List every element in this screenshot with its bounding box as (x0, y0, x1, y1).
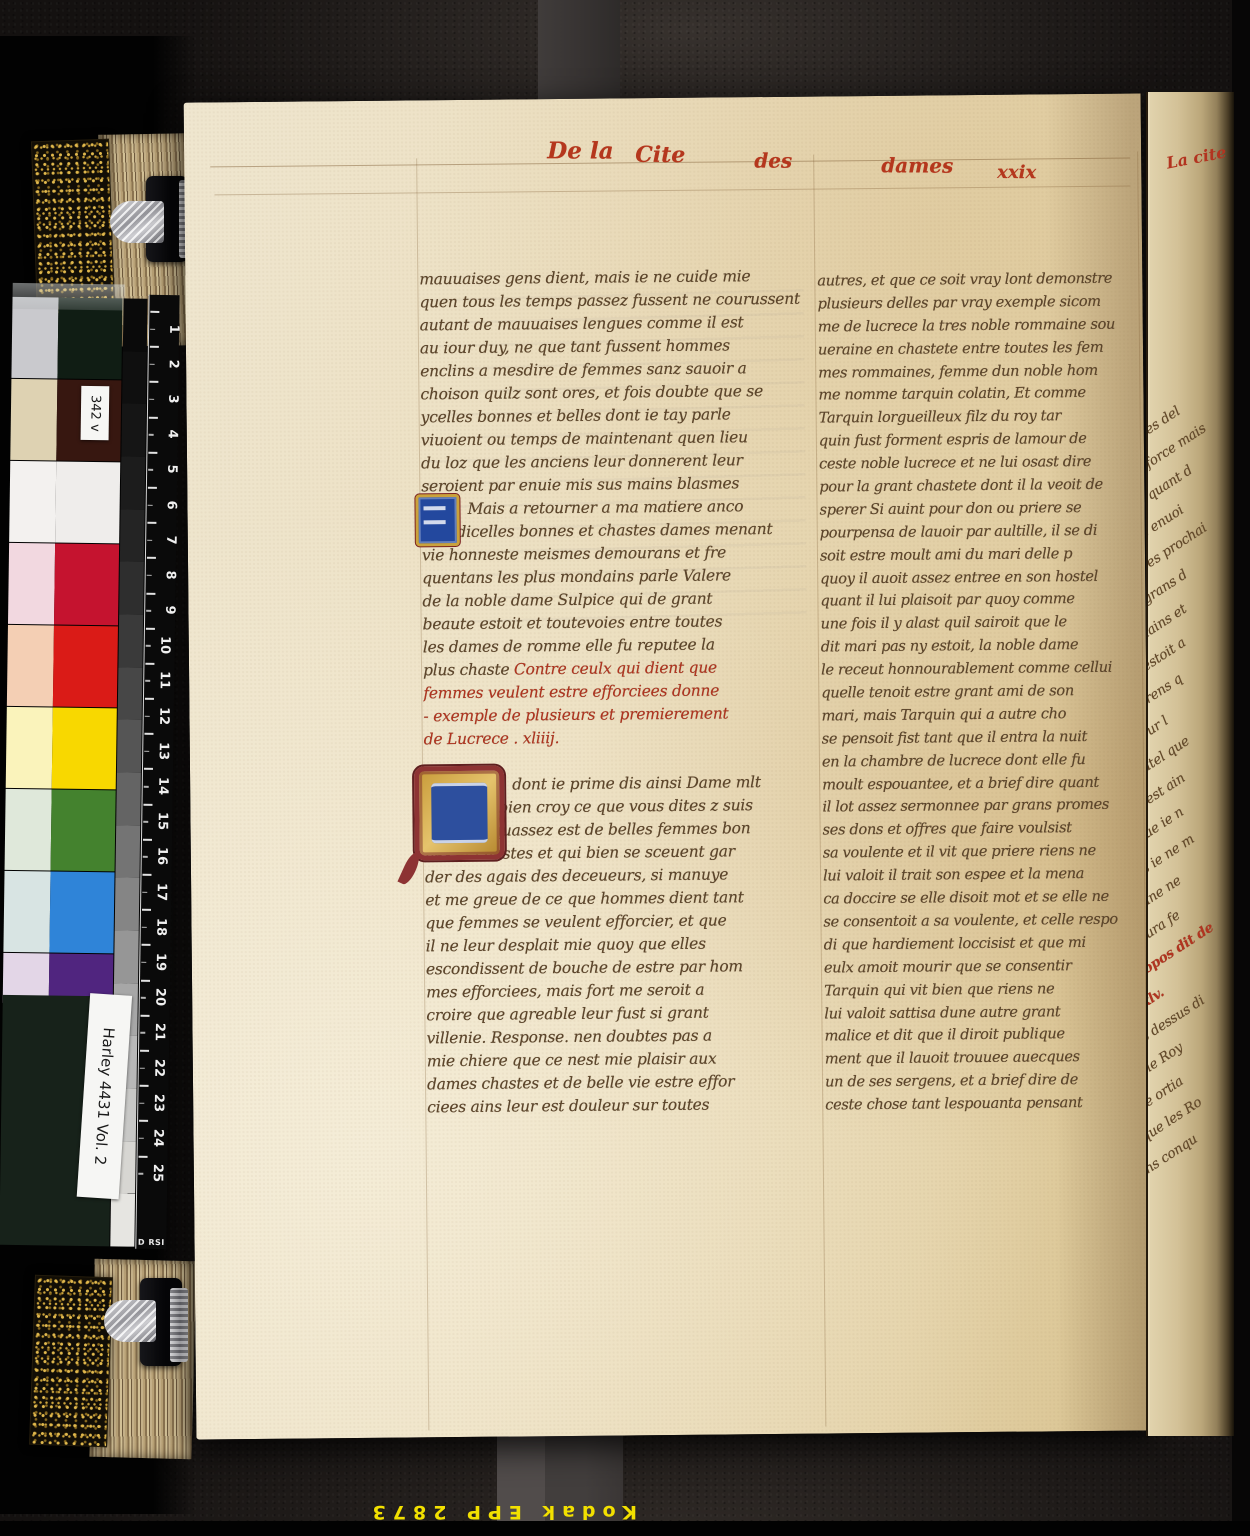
ink-text: sa voulente et il vit que priere riens n… (823, 842, 1096, 862)
binder-clip-bar-bottom (170, 1288, 188, 1362)
ruler-tick: 2 (148, 346, 178, 382)
ink-text: quen tous les temps passez fussent ne co… (419, 290, 800, 312)
ink-text: autant de mauuaises lengues comme il est (420, 313, 744, 334)
gray-step (122, 351, 147, 404)
ink-text: moult espouantee, et a brief dire quant (822, 773, 1099, 793)
manuscript-line: pour la grant chastete dont il la veoit … (819, 475, 1143, 501)
ink-text: ca doccire se elle disoit mot et se elle… (823, 888, 1109, 908)
ink-text: quin fust forment espris de lamour de (819, 430, 1087, 450)
ink-text: le receut honnourablement comme cellui (821, 659, 1112, 679)
manuscript-line: le receut honnourablement comme cellui (821, 659, 1145, 685)
ruler-tick: 7 (146, 522, 176, 558)
ink-text: quelle tenoit estre grant ami de son (821, 682, 1074, 701)
manuscript-line: une fois il y alast quil sairoit que le (821, 613, 1145, 639)
ink-text: quoy il auoit assez entree en son hostel (820, 567, 1098, 587)
ink-text: enclins a mesdire de femmes sanz sauoir … (420, 359, 747, 380)
manuscript-line: ueraine en chastete entre toutes les fem (818, 338, 1142, 364)
manuscript-line: mes rommaines, femme dun noble hom (818, 361, 1142, 387)
ruler-tick: 14 (142, 768, 172, 804)
ink-text: se pensoit fist tant que il entra la nui… (822, 728, 1087, 748)
ink-text: dames chastes et de belle vie estre effo… (427, 1072, 735, 1093)
rubric-text: de Lucrece . xliiij. (424, 729, 560, 748)
ruler-tick: 1 (149, 311, 179, 347)
ink-text: Mais a retourner a ma matiere anco (467, 497, 743, 518)
ink-text: en la chambre de lucrece dont elle fu (822, 751, 1086, 771)
ink-text: dit mari pas ny estoit, la noble dame (821, 636, 1079, 655)
ink-text: plusieurs delles par vray exemple sicom (817, 293, 1100, 313)
manuscript-line: soit estre moult ami du mari delle p (820, 544, 1144, 570)
ink-text: der des agais des deceueurs, si manuye (425, 865, 728, 886)
gray-step (121, 404, 146, 457)
manuscript-line: lui valoit il trait son espee et la mena (823, 865, 1147, 891)
saturated-color-patch (55, 462, 120, 544)
ink-text: malice et dit que il diroit publique (825, 1026, 1065, 1045)
ink-text: croire que agreable leur fust si grant (426, 1004, 708, 1025)
gray-step (116, 772, 141, 825)
running-title-word: des (754, 148, 792, 172)
ink-text: pourpensa de lauoir par aultille, il se … (820, 522, 1098, 542)
gray-step (119, 562, 144, 615)
manuscript-line: sperer Si auint pour don ou priere se (819, 498, 1143, 524)
color-calibration-bar: 1234567891011121314151617181920212223242… (0, 285, 179, 1249)
running-title-word: dames (881, 153, 953, 177)
ink-text: me nomme tarquin colatin, Et comme (818, 384, 1085, 404)
ink-text: di que hardiement loccisist et que mi (824, 934, 1086, 954)
running-title-word: xxix (997, 162, 1036, 183)
manuscript-line: plusieurs delles par vray exemple sicom (817, 292, 1141, 318)
ink-text: ueraine en chastete entre toutes les fem (818, 338, 1103, 358)
ink-text: beaute estoit et toutevoies entre toutes (423, 612, 723, 633)
pale-color-patch (10, 379, 57, 461)
ink-text: quentans les plus mondains parle Valere (422, 566, 731, 587)
manuscript-line: dit mari pas ny estoit, la noble dame (821, 636, 1145, 662)
illuminated-initial-small (415, 494, 459, 546)
saturated-color-patch (54, 544, 119, 626)
color-patch-row (3, 871, 114, 955)
frame-edge-bar (0, 1521, 1250, 1536)
ruler-tick: 15 (142, 803, 172, 839)
ink-text: dont ie prime dis ainsi Dame mlt (512, 773, 761, 793)
ink-text: pour la grant chastete dont il la veoit … (819, 476, 1103, 496)
manuscript-line: lui valoit sattisa dune autre grant (824, 1002, 1148, 1028)
gray-step (114, 930, 139, 983)
manuscript-line: un de ses sergens, et a brief dire de (825, 1071, 1149, 1097)
photograph-scene: De laCitedesdamesxxix mauuaises gens die… (0, 0, 1250, 1536)
ink-text: eulx amoit mourir que se consentir (824, 957, 1072, 976)
manuscript-line: mari, mais Tarquin qui a autre cho (821, 704, 1145, 730)
gilt-binding-corner-bottom (29, 1275, 113, 1448)
manuscript-line: quelle tenoit estre grant ami de son (821, 681, 1145, 707)
ink-text: sperer Si auint pour don ou priere se (819, 499, 1081, 519)
ink-text: ceste chose tant lespouanta pensant (825, 1094, 1082, 1113)
ink-text: de la noble dame Sulpice qui de grant (422, 590, 712, 611)
color-patch-row (6, 707, 117, 791)
manuscript-page-342v: De laCitedesdamesxxix mauuaises gens die… (184, 93, 1154, 1439)
color-patch-row (9, 461, 120, 545)
ink-text: seroient par enuie mis sus mains blasmes (421, 474, 739, 495)
manuscript-line: se pensoit fist tant que il entra la nui… (822, 727, 1146, 753)
manuscript-line: quant il lui plaisoit par quoy comme (820, 590, 1144, 616)
pale-color-patch (5, 789, 52, 871)
facing-page-edge: La cite uoit ace parolles delast souffri… (1146, 92, 1234, 1436)
ink-text: les dames de romme elle fu reputee la (423, 636, 715, 657)
manuscript-line: me nomme tarquin colatin, Et comme (818, 384, 1142, 410)
running-title-word: De la (547, 137, 613, 164)
ruler-tick: 6 (146, 487, 176, 523)
ink-text: se consentoit a sa voulente, et celle re… (823, 911, 1117, 931)
ruler-tick: 8 (145, 557, 175, 593)
ink-text: il lot assez sermonnee par grans promes (822, 796, 1109, 816)
ink-text: me de lucrece la tres noble rommaine sou (818, 315, 1115, 335)
ink-text: bien croy ce que vous dites z suis (498, 796, 753, 816)
pale-color-patch (7, 625, 54, 707)
manuscript-line: Tarquin qui vit bien que riens ne (824, 979, 1148, 1005)
ink-text: que femmes se veulent efforcier, et que (425, 911, 726, 932)
running-title-word: Cite (635, 142, 685, 168)
ruler-tick: 21 (139, 1014, 169, 1050)
pale-color-patch (9, 461, 56, 543)
manuscript-line: ca doccire se elle disoit mot et se elle… (823, 887, 1147, 913)
ruler-tick: 20 (140, 979, 170, 1015)
ink-text: choison quilz sont ores, et fois doubte … (420, 382, 763, 403)
film-edge-marking: Kodak EPP 2873 (292, 1497, 637, 1523)
manuscript-line: sa voulente et il vit que priere riens n… (823, 842, 1147, 868)
ink-text: escondissent de bouche de estre par hom (426, 957, 743, 978)
gray-step (121, 456, 146, 509)
ink-text: une fois il y alast quil sairoit que le (821, 614, 1067, 633)
manuscript-line: malice et dit que il diroit publique (825, 1025, 1149, 1051)
gray-step (120, 509, 145, 562)
ink-text: au iour duy, ne que tant fussent hommes (420, 336, 730, 357)
gray-step (115, 825, 140, 878)
manuscript-line: me de lucrece la tres noble rommaine sou (818, 315, 1142, 341)
ink-text: plus chaste (423, 660, 514, 679)
ink-text: ycelles bonnes et belles dont ie tay par… (421, 405, 731, 426)
gray-step (115, 878, 140, 931)
illuminated-initial-large (414, 766, 505, 861)
ink-text: il ne leur desplait mie quoy que elles (426, 935, 706, 956)
ruler-tick: 5 (147, 452, 177, 488)
color-patch-row (5, 789, 116, 873)
text-column-right: autres, et que ce soit vray lont demonst… (817, 269, 1149, 1119)
saturated-color-patch (51, 789, 116, 871)
ink-text: lui valoit il trait son espee et la mena (823, 865, 1084, 885)
manuscript-line: quin fust forment espris de lamour de (819, 430, 1143, 456)
ink-text: quant il lui plaisoit par quoy comme (820, 591, 1074, 610)
manuscript-line: autres, et que ce soit vray lont demonst… (817, 269, 1141, 295)
color-patch-row (8, 543, 119, 627)
binder-clip-lever-top (110, 201, 164, 243)
manuscript-line: Tarquin lorgueilleux filz du roy tar (819, 407, 1143, 433)
saturated-color-patch (53, 625, 118, 707)
manuscript-line: moult espouantee, et a brief dire quant (822, 773, 1146, 799)
manuscript-line: ceste chose tant lespouanta pensant (825, 1093, 1149, 1119)
pale-color-patch (3, 871, 50, 953)
ink-text: lui valoit sattisa dune autre grant (824, 1003, 1060, 1022)
ruler-tick: 18 (141, 909, 171, 945)
text-column-left: mauuaises gens dient, mais ie ne cuide m… (419, 267, 821, 1122)
manuscript-line: ses dons et offres que faire voulsist (823, 819, 1147, 845)
ink-text: autres, et que ce soit vray lont demonst… (817, 270, 1112, 290)
running-title: De laCitedesdamesxxix (547, 137, 1047, 194)
ink-text: ceste noble lucrece et ne lui osast dire (819, 453, 1091, 473)
manuscript-line: il lot assez sermonnee par grans promes (822, 796, 1146, 822)
pale-color-patch (8, 543, 55, 625)
folio-number-sticker: 342 v (81, 386, 110, 440)
ink-text: Tarquin lorgueilleux filz du roy tar (819, 408, 1062, 427)
ruler-tick: 12 (143, 698, 173, 734)
ink-text: Tarquin qui vit bien que riens ne (824, 980, 1054, 999)
manuscript-line: ciees ains leur est douleur sur toutes (427, 1095, 821, 1122)
ruler-tick: 11 (144, 663, 174, 699)
ink-text: viuoient ou temps de maintenant quen lie… (421, 428, 748, 449)
manuscript-line: ment que il lauoit trouuee auecques (825, 1048, 1149, 1074)
ink-text: du loz que les anciens leur donnerent le… (421, 451, 743, 472)
manuscript-line: ceste noble lucrece et ne lui osast dire (819, 453, 1143, 479)
gray-step (110, 1194, 135, 1247)
binder-clip-lever-bottom (104, 1300, 156, 1342)
book-cradle-strap-top (538, 0, 620, 104)
right-edge-shadow (1232, 0, 1250, 1536)
manuscript-line: pourpensa de lauoir par aultille, il se … (820, 521, 1144, 547)
gray-step (118, 614, 143, 667)
color-patch-row (7, 625, 118, 709)
ink-text: re dicelles bonnes et chastes dames mena… (436, 520, 773, 541)
ruler-tick: 17 (141, 874, 171, 910)
ruler-tick: 4 (147, 416, 177, 452)
ruler-tick: 16 (142, 839, 172, 875)
saturated-color-patch (49, 871, 114, 953)
manuscript-line: quoy il auoit assez entree en son hostel (820, 567, 1144, 593)
gray-step (118, 667, 143, 720)
manuscript-line: eulx amoit mourir que se consentir (824, 956, 1148, 982)
saturated-color-patch (52, 707, 117, 789)
ruler-tick: 22 (139, 1050, 169, 1086)
ink-text: ciees ains leur est douleur sur toutes (427, 1096, 709, 1117)
ink-text: et me greue de ce que hommes dient tant (425, 888, 744, 909)
manuscript-line: en la chambre de lucrece dont elle fu (822, 750, 1146, 776)
ink-text: un de ses sergens, et a brief dire de (825, 1071, 1078, 1090)
rubric-text: Contre ceulx qui dient que (514, 659, 717, 679)
ruler-footer-label: D RSI (136, 1238, 166, 1247)
manuscript-line: di que hardiement loccisist et que mi (824, 933, 1148, 959)
ruler-tick: 9 (145, 592, 175, 628)
ink-text: ment que il lauoit trouuee auecques (825, 1048, 1080, 1067)
ruler-tick: 10 (144, 627, 174, 663)
ruler-tick: 3 (148, 381, 178, 417)
ink-text: vie honneste meismes demourans et fre (422, 543, 726, 564)
manuscript-line: se consentoit a sa voulente, et celle re… (823, 910, 1147, 936)
recto-running-title: La cite (1165, 142, 1228, 172)
ink-text: mie chiere que ce nest mie plaisir aux (427, 1050, 717, 1071)
recto-text-fragments: uoit ace parolles delast souffrir sa for… (1146, 384, 1234, 1157)
pale-color-patch (6, 707, 53, 789)
gray-step (117, 720, 142, 773)
ink-text: mes rommaines, femme dun noble hom (818, 361, 1098, 381)
ink-text: mauuaises gens dient, mais ie ne cuide m… (419, 267, 750, 288)
rubric-text: femmes veulent estre efforciees donne (423, 682, 719, 703)
ruler-tick: 23 (138, 1085, 168, 1121)
ink-text: mes efforciees, mais fort me seroit a (426, 981, 704, 1002)
ruler-tick: 19 (140, 944, 170, 980)
gray-step (123, 298, 148, 351)
ink-text: soit estre moult ami du mari delle p (820, 545, 1072, 564)
ink-text: ses dons et offres que faire voulsist (823, 820, 1072, 839)
ink-text: mari, mais Tarquin qui a autre cho (821, 705, 1066, 724)
ruler-tick: 24 (138, 1120, 168, 1156)
ruler-tick: 13 (143, 733, 173, 769)
rubric-text: - exemple de plusieurs et premierement (423, 704, 728, 725)
ruler-tick: 25 (137, 1155, 167, 1191)
ink-text: villenie. Response. nen doubtes pas a (427, 1027, 712, 1048)
adhesive-tape (12, 283, 124, 311)
